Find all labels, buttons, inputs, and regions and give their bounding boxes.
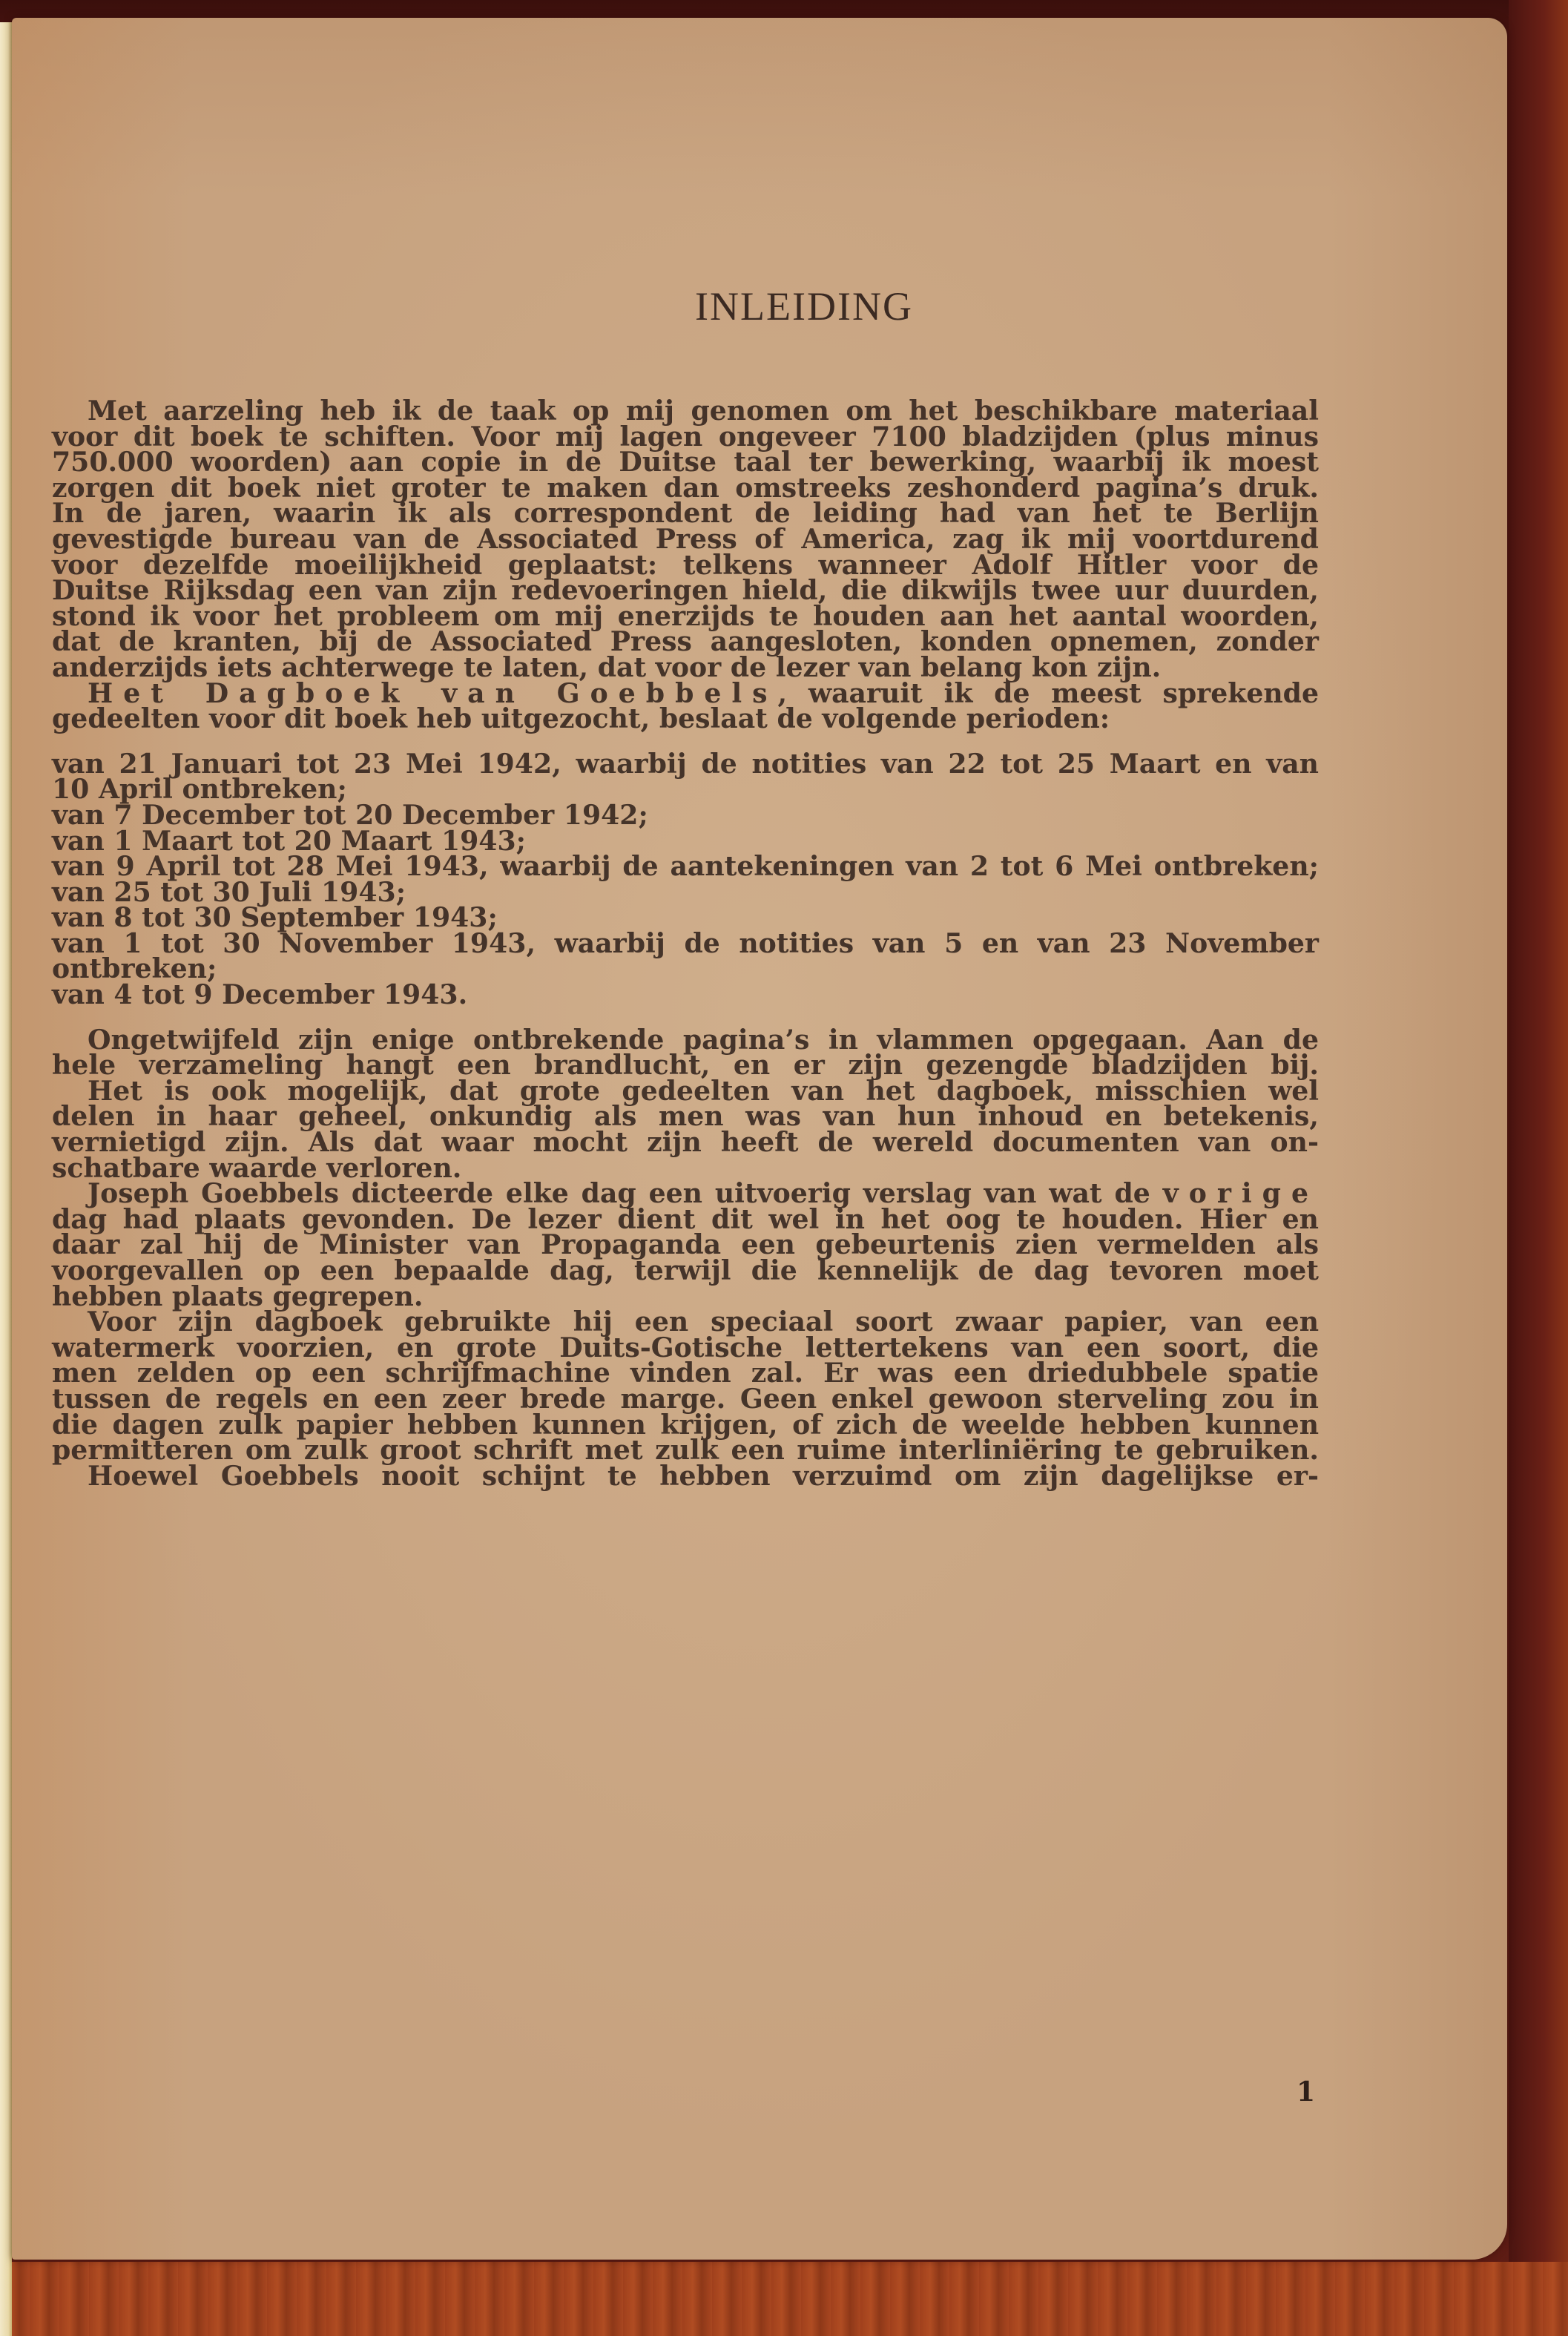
previous-page-edge — [0, 22, 12, 2336]
period-item: van 4 tot 9 December 1943. — [52, 982, 1319, 1008]
period-item: van 1 tot 30 November 1943, waarbij de n… — [52, 931, 1319, 957]
period-item: van 21 Januari tot 23 Mei 1942, waarbij … — [52, 751, 1319, 777]
page-number: 1 — [1297, 2076, 1315, 2108]
body-text: Met aarzeling heb ik de taak op mij geno… — [52, 398, 1319, 1489]
period-item: van 9 April tot 28 Mei 1943, waarbij de … — [52, 854, 1319, 880]
text-line: Hoewel Goebbels nooit schijnt te hebben … — [52, 1464, 1319, 1490]
wooden-table-right — [1509, 0, 1568, 2336]
emphasized-title: Het Dagboek van Goebbels — [88, 677, 778, 709]
text-line: gedeelten voor dit boek heb uitgezocht, … — [52, 706, 1319, 732]
text-line: dat de kranten, bij de Associated Press … — [52, 629, 1319, 655]
page-title: INLEIDING — [101, 283, 1507, 329]
text-line: voorgevallen op een bepaalde dag, terwij… — [52, 1258, 1319, 1284]
book-page: INLEIDING Met aarzeling heb ik de taak o… — [12, 18, 1507, 2260]
wooden-table-bottom — [0, 2262, 1568, 2336]
text-line: Het Dagboek van Goebbels, waaruit ik de … — [52, 681, 1319, 707]
text-line: vernietigd zijn. Als dat waar mocht zijn… — [52, 1130, 1319, 1156]
